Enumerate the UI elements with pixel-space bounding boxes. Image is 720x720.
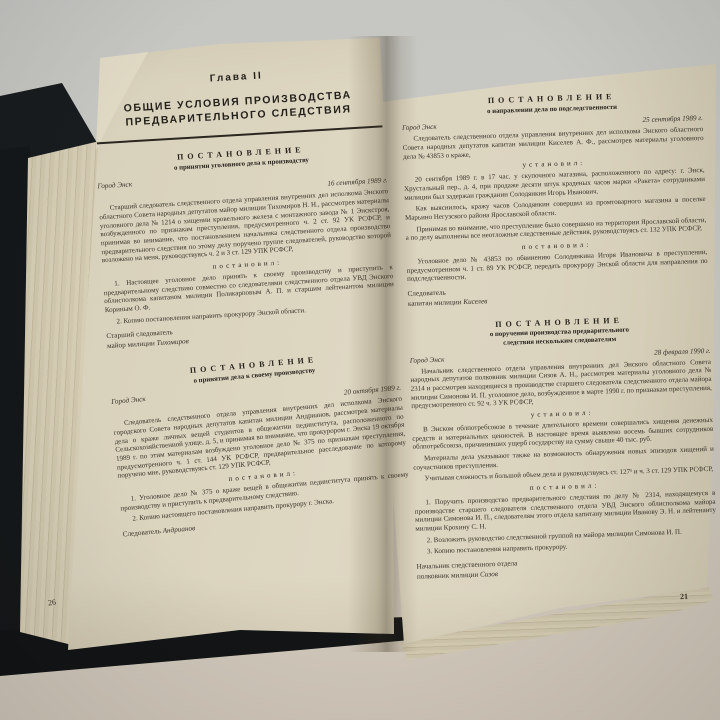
doc-date: 25 сентября 1989 г. <box>642 114 703 124</box>
book-photo: Глава II ОБЩИЕ УСЛОВИЯ ПРОИЗВОДСТВА ПРЕД… <box>0 0 720 720</box>
signature-name: Тихомиров <box>156 337 189 347</box>
signature-name: Андрианов <box>162 524 195 535</box>
doc-city: Город Энск <box>410 355 445 364</box>
right-document-1: ПОСТАНОВЛЕНИЕ о направлении дела по подс… <box>401 89 709 309</box>
chapter-title: ОБЩИЕ УСЛОВИЯ ПРОИЗВОДСТВА ПРЕДВАРИТЕЛЬН… <box>93 86 384 131</box>
signature-name: Киселев <box>463 297 487 306</box>
doc-city: Город Энск <box>402 123 437 132</box>
chapter-label: Глава II <box>91 63 381 91</box>
left-page-number: 26 <box>47 598 56 608</box>
left-document-1: ПОСТАНОВЛЕНИЕ о принятии уголовного дела… <box>96 140 397 352</box>
doc-item: 1. Поручить производство предварительног… <box>414 489 716 534</box>
signature-name: Сизов <box>480 570 498 579</box>
right-page-number: 21 <box>680 592 688 601</box>
right-page-text: ПОСТАНОВЛЕНИЕ о направлении дела по подс… <box>401 89 718 582</box>
doc-paragraph: Начальник следственного отдела управлени… <box>410 358 712 411</box>
right-document-2: ПОСТАНОВЛЕНИЕ о поручении производства п… <box>408 312 717 582</box>
doc-paragraph: Старший следователь следственного отдела… <box>99 188 392 266</box>
left-page-text: Глава II ОБЩИЕ УСЛОВИЯ ПРОИЗВОДСТВА ПРЕД… <box>90 47 408 536</box>
doc-date: 28 февраля 1990 г. <box>654 347 711 357</box>
doc-signature: Следователь капитан милиции Киселев <box>407 280 708 309</box>
left-document-2: ПОСТАНОВЛЕНИЕ о принятии дела к своему п… <box>109 348 413 540</box>
